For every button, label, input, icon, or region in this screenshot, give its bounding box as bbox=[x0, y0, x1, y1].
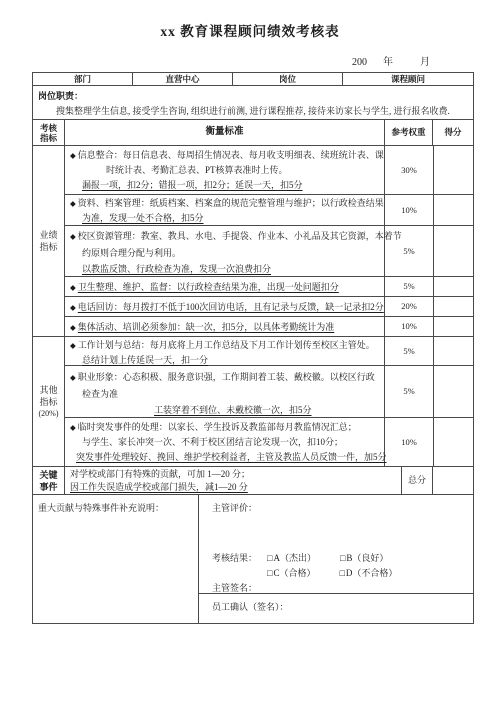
weight-value: 10% bbox=[385, 195, 433, 225]
checkbox-icon[interactable]: □ bbox=[339, 566, 344, 581]
score-cell bbox=[433, 366, 473, 417]
criterion-row-campus-resources: ◆校区资源管理：教室、教具、水电、手提袋、作业本、小礼品及其它资源，本着节 约原… bbox=[65, 226, 473, 277]
criterion-row-professional-image: ◆职业形象：心态积极、服务意识强，工作期间着工装、戴校徽。以校区行政 检查为准 … bbox=[65, 366, 473, 418]
score-cell bbox=[433, 226, 473, 276]
diamond-bullet-icon: ◆ bbox=[70, 341, 76, 350]
post-value-cell: 课程顾问 bbox=[343, 73, 473, 85]
special-contribution-cell: 重大贡献与特殊事件补充说明： bbox=[33, 495, 199, 623]
bottom-section: 重大贡献与特殊事件补充说明： 主管评价： 考核结果：□A（杰出）□B（良好） □… bbox=[33, 495, 473, 623]
supervisor-evaluation-cell: 主管评价： 考核结果：□A（杰出）□B（良好） □C（合格）□D（不合格） 主管… bbox=[199, 495, 473, 594]
total-score-label: 总分 bbox=[402, 467, 433, 494]
header-indicator: 考核 指标 bbox=[33, 120, 65, 145]
checkbox-icon[interactable]: □ bbox=[267, 566, 272, 581]
diamond-bullet-icon: ◆ bbox=[70, 199, 76, 208]
date-line: 200 年 月 bbox=[352, 53, 430, 68]
result-label: 考核结果： bbox=[212, 553, 257, 563]
weight-value: 30% bbox=[385, 146, 433, 194]
dept-label-cell: 部门 bbox=[33, 73, 133, 85]
assessment-table: 部门 直营中心 岗位 课程顾问 岗位职责： 搜集整理学生信息, 接受学生咨询, … bbox=[32, 72, 474, 624]
diamond-bullet-icon: ◆ bbox=[70, 283, 76, 292]
diamond-bullet-icon: ◆ bbox=[70, 232, 76, 241]
criteria-body: 业绩 指标 其他 指标 (20%) 关键 事件 ◆信息整合：每日信息表、每周招生… bbox=[33, 146, 473, 495]
checkbox-option-d[interactable]: □D（不合格） bbox=[339, 566, 397, 581]
header-weight: 参考权重 bbox=[385, 120, 433, 145]
criterion-row-records: ◆资料、档案管理：纸质档案、档案盒的规范完整管理与维护；以行政检查结果 为准，发… bbox=[65, 195, 473, 226]
table-header-row: 考核 指标 衡量标准 参考权重 得分 bbox=[33, 120, 473, 146]
weight-value: 10% bbox=[385, 317, 433, 336]
header-score: 得分 bbox=[433, 120, 473, 145]
dept-value-cell: 直营中心 bbox=[133, 73, 233, 85]
score-cell bbox=[433, 277, 473, 296]
diamond-bullet-icon: ◆ bbox=[70, 303, 76, 312]
header-standard: 衡量标准 bbox=[65, 120, 385, 145]
weight-value: 20% bbox=[385, 297, 433, 316]
info-row: 部门 直营中心 岗位 课程顾问 bbox=[33, 73, 473, 86]
criterion-row-info-integration: ◆信息整合：每日信息表、每周招生情况表、每月收支明细表、续班统计表、课 时统计表… bbox=[65, 146, 473, 195]
duty-label: 岗位职责： bbox=[38, 89, 468, 104]
criterion-row-group-activities: ◆集体活动、培训必须参加：缺一次，扣5分，以具体考勤统计为准 10% bbox=[65, 317, 473, 337]
group-label-other: 其他 指标 (20%) bbox=[33, 337, 65, 467]
score-cell bbox=[433, 146, 473, 194]
score-cell bbox=[433, 418, 473, 466]
checkbox-option-c[interactable]: □C（合格） bbox=[267, 566, 315, 581]
weight-value: 5% bbox=[385, 337, 433, 365]
weight-value: 5% bbox=[385, 226, 433, 276]
weight-value: 5% bbox=[385, 277, 433, 296]
criterion-row-callbacks: ◆电话回访：每月拨打不低于100次回访电话，且有记录与反馈，缺一记录扣2分 20… bbox=[65, 297, 473, 317]
page-title: xx 教育课程顾问绩效考核表 bbox=[0, 20, 500, 40]
post-label-cell: 岗位 bbox=[233, 73, 343, 85]
score-cell bbox=[433, 317, 473, 336]
criterion-row-emergencies: ◆临时突发事件的处理：以家长、学生投诉及教监部每月教监情况汇总； 与学生、家长冲… bbox=[65, 418, 473, 467]
duty-row: 岗位职责： 搜集整理学生信息, 接受学生咨询, 组织进行前测, 进行课程推荐, … bbox=[33, 86, 473, 120]
score-cell bbox=[433, 195, 473, 225]
weight-value: 10% bbox=[385, 418, 433, 466]
assessment-form-page: xx 教育课程顾问绩效考核表 200 年 月 部门 直营中心 岗位 课程顾问 岗… bbox=[0, 0, 500, 707]
diamond-bullet-icon: ◆ bbox=[70, 323, 76, 332]
criterion-row-work-plan: ◆工作计划与总结：每月底将上月工作总结及下月工作计划传至校区主管处。 总结计划上… bbox=[65, 337, 473, 366]
key-events-row: 对学校或部门有特殊的贡献，可加 1—20 分； 因工作失误造成学校或部门损失，减… bbox=[65, 467, 473, 495]
diamond-bullet-icon: ◆ bbox=[70, 151, 76, 160]
score-cell bbox=[433, 337, 473, 365]
duty-text: 搜集整理学生信息, 接受学生咨询, 组织进行前测, 进行课程推荐, 接待来访家长… bbox=[38, 104, 468, 119]
criterion-row-hygiene: ◆卫生整理、维护、监督：以行政检查结果为准，出现一处问题扣分 5% bbox=[65, 277, 473, 297]
checkbox-icon[interactable]: □ bbox=[267, 551, 272, 566]
diamond-bullet-icon: ◆ bbox=[70, 423, 76, 432]
checkbox-icon[interactable]: □ bbox=[340, 551, 345, 566]
supervisor-sign-label: 主管签名： bbox=[212, 581, 397, 596]
date-year-value: 200 bbox=[352, 57, 367, 68]
checkbox-option-b[interactable]: □B（良好） bbox=[340, 551, 388, 566]
group-label-key-events: 关键 事件 bbox=[33, 467, 65, 495]
assessment-result-block: 考核结果：□A（杰出）□B（良好） □C（合格）□D（不合格） 主管签名： bbox=[212, 551, 397, 596]
total-score-cell bbox=[433, 467, 473, 494]
score-cell bbox=[433, 297, 473, 316]
date-month-label: 月 bbox=[420, 53, 430, 68]
diamond-bullet-icon: ◆ bbox=[70, 373, 76, 382]
group-label-performance: 业绩 指标 bbox=[33, 146, 65, 337]
checkbox-option-a[interactable]: □A（杰出） bbox=[267, 551, 316, 566]
employee-confirm-cell: 员工确认（签名）： bbox=[199, 594, 473, 623]
weight-value: 5% bbox=[385, 366, 433, 417]
supervisor-evaluation-label: 主管评价： bbox=[212, 502, 473, 515]
date-year-label: 年 bbox=[383, 53, 393, 68]
